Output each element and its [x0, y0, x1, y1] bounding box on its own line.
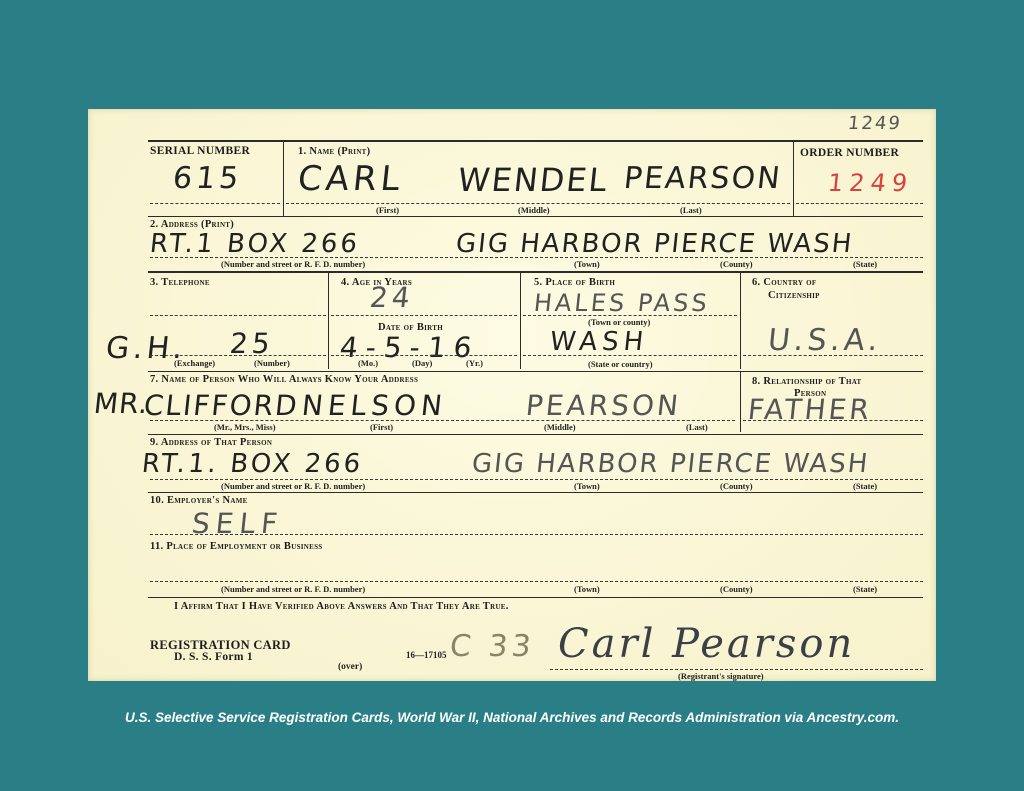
last-sublabel: (Last): [680, 205, 702, 215]
top-order-note: 1249: [847, 113, 903, 134]
citizenship-label-2: Citizenship: [768, 290, 820, 301]
contact-first-sublabel: (First): [370, 422, 393, 432]
yr-sublabel: (Yr.): [466, 358, 483, 368]
address-street: RT.1 BOX 266: [148, 229, 361, 259]
contact-title: MR.: [92, 387, 150, 420]
town-or-county-sublabel: (Town or county): [588, 317, 650, 327]
contact-street-sublabel: (Number and street or R. F. D. number): [221, 481, 365, 491]
street-sublabel: (Number and street or R. F. D. number): [221, 259, 365, 269]
name-label: 1. Name (Print): [298, 146, 370, 157]
telephone-label: 3. Telephone: [150, 277, 210, 288]
title-sublabel: (Mr., Mrs., Miss): [214, 422, 276, 432]
contact-address-street: RT.1. BOX 266: [140, 449, 364, 479]
state-or-country-sublabel: (State or country): [588, 359, 653, 369]
citizenship-value: U.S.A.: [766, 323, 883, 358]
contact-address-town-county-state: GIG HARBOR PIERCE WASH: [470, 449, 870, 479]
order-number-value: 1249: [827, 169, 915, 197]
registrant-signature: Carl Pearson: [558, 621, 855, 667]
form-id: D. S. S. Form 1: [174, 651, 253, 663]
relationship-label-1: 8. Relationship of That: [752, 376, 862, 387]
affirmation-text: I Affirm That I Have Verified Above Answ…: [174, 601, 509, 612]
over-note: (over): [338, 662, 362, 672]
serial-number-value: 615: [171, 161, 244, 196]
middle-sublabel: (Middle): [518, 205, 550, 215]
employer-label: 10. Employer's Name: [150, 495, 248, 506]
contact-middle-sublabel: (Middle): [544, 422, 576, 432]
contact-town-sublabel: (Town): [574, 481, 600, 491]
contact-state-sublabel: (State): [853, 481, 877, 491]
contact-last-sublabel: (Last): [686, 422, 708, 432]
contact-first: CLIFFORD: [142, 389, 300, 422]
day-sublabel: (Day): [412, 358, 432, 368]
employment-street-sublabel: (Number and street or R. F. D. number): [221, 584, 365, 594]
employment-county-sublabel: (County): [720, 584, 753, 594]
place-of-birth-town: HALES PASS: [533, 289, 712, 317]
citizenship-label-1: 6. Country of: [752, 277, 816, 288]
print-code: 16—17105: [406, 650, 447, 660]
place-of-employment-label: 11. Place of Employment or Business: [150, 541, 323, 552]
name-middle: WENDEL: [456, 161, 610, 199]
exchange-sublabel: (Exchange): [174, 358, 215, 368]
number-sublabel: (Number): [254, 358, 290, 368]
employment-town-sublabel: (Town): [574, 584, 600, 594]
employment-state-sublabel: (State): [853, 584, 877, 594]
employer-value: SELF: [190, 507, 285, 540]
state-sublabel: (State): [853, 259, 877, 269]
name-last: PEARSON: [622, 161, 783, 196]
contact-middle: NELSON: [300, 389, 448, 422]
contact-last: PEARSON: [524, 389, 682, 422]
first-sublabel: (First): [376, 205, 399, 215]
place-of-birth-label: 5. Place of Birth: [534, 277, 615, 288]
contact-address-label: 9. Address of That Person: [150, 437, 272, 448]
town-sublabel: (Town): [574, 259, 600, 269]
order-number-label: ORDER NUMBER: [800, 147, 899, 159]
registration-card: 1249 SERIAL NUMBER 615 1. Name (Print) C…: [88, 109, 936, 681]
mo-sublabel: (Mo.): [358, 358, 378, 368]
stamp-code: C 33: [448, 629, 536, 664]
image-caption: U.S. Selective Service Registration Card…: [0, 710, 1024, 725]
place-of-birth-state: WASH: [548, 327, 649, 357]
signature-label: (Registrant's signature): [678, 671, 764, 681]
contact-county-sublabel: (County): [720, 481, 753, 491]
relationship-value: FATHER: [746, 393, 873, 426]
contact-person-label: 7. Name of Person Who Will Always Know Y…: [150, 374, 418, 385]
address-town-county-state: GIG HARBOR PIERCE WASH: [454, 229, 854, 259]
name-first: CARL: [296, 159, 406, 199]
age-value: 24: [368, 281, 415, 314]
county-sublabel: (County): [720, 259, 753, 269]
serial-number-label: SERIAL NUMBER: [150, 145, 250, 157]
